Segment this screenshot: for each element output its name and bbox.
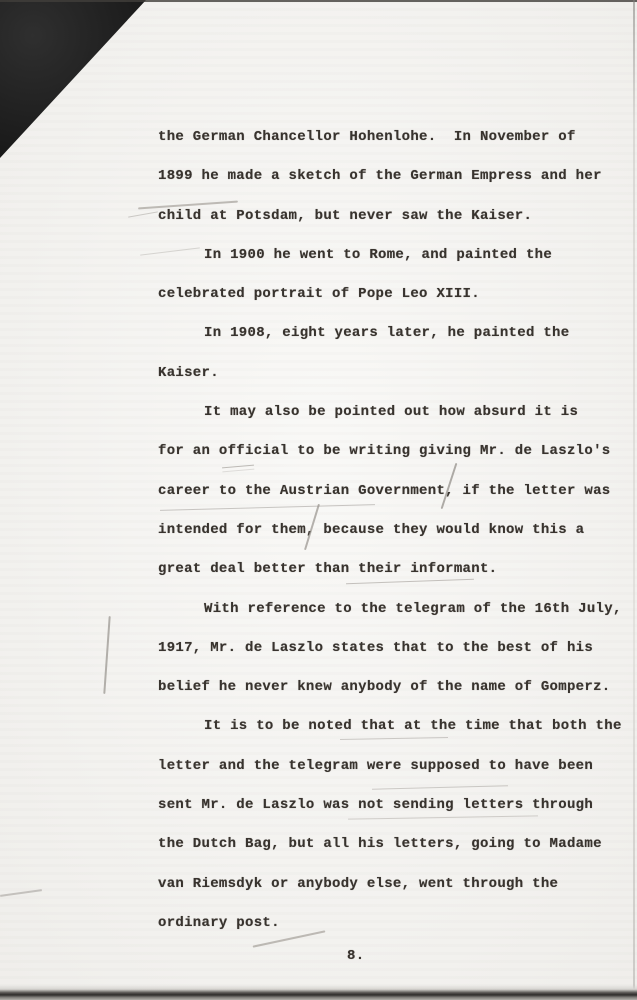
text-line: It may also be pointed out how absurd it… — [158, 403, 618, 442]
text-line: van Riemsdyk or anybody else, went throu… — [158, 875, 618, 914]
text-line: In 1900 he went to Rome, and painted the — [158, 246, 618, 285]
page-number: 8. — [347, 948, 364, 964]
paragraph: In 1900 he went to Rome, and painted the… — [158, 246, 618, 325]
paragraph: With reference to the telegram of the 16… — [158, 600, 618, 718]
scan-edge-top — [0, 0, 637, 2]
text-line: intended for them, because they would kn… — [158, 521, 618, 560]
pencil-margin-mark — [103, 616, 110, 694]
pencil-mark — [0, 889, 42, 897]
text-line: ordinary post. — [158, 914, 618, 953]
folded-corner-shadow — [0, 0, 150, 162]
text-line: the Dutch Bag, but all his letters, goin… — [158, 835, 618, 874]
paragraph: It may also be pointed out how absurd it… — [158, 403, 618, 599]
text-line: 1917, Mr. de Laszlo states that to the b… — [158, 639, 618, 678]
text-line: celebrated portrait of Pope Leo XIII. — [158, 285, 618, 324]
text-line: With reference to the telegram of the 16… — [158, 600, 618, 639]
text-line: sent Mr. de Laszlo was not sending lette… — [158, 796, 618, 835]
text-line: letter and the telegram were supposed to… — [158, 757, 618, 796]
paragraph: the German Chancellor Hohenlohe. In Nove… — [158, 128, 618, 246]
text-line: belief he never knew anybody of the name… — [158, 678, 618, 717]
text-line: the German Chancellor Hohenlohe. In Nove… — [158, 128, 618, 167]
typewritten-text: the German Chancellor Hohenlohe. In Nove… — [158, 128, 618, 953]
text-line: Kaiser. — [158, 364, 618, 403]
paragraph: It is to be noted that at the time that … — [158, 717, 618, 953]
pencil-mark — [128, 211, 158, 217]
text-line: In 1908, eight years later, he painted t… — [158, 324, 618, 363]
scan-edge-bottom — [0, 985, 637, 1000]
text-line: child at Potsdam, but never saw the Kais… — [158, 207, 618, 246]
text-line: for an official to be writing giving Mr.… — [158, 442, 618, 481]
text-line: great deal better than their informant. — [158, 560, 618, 599]
paragraph: In 1908, eight years later, he painted t… — [158, 324, 618, 403]
scan-edge-right — [633, 0, 635, 1000]
scanned-document-page: the German Chancellor Hohenlohe. In Nove… — [0, 0, 637, 1000]
text-line: career to the Austrian Government, if th… — [158, 482, 618, 521]
